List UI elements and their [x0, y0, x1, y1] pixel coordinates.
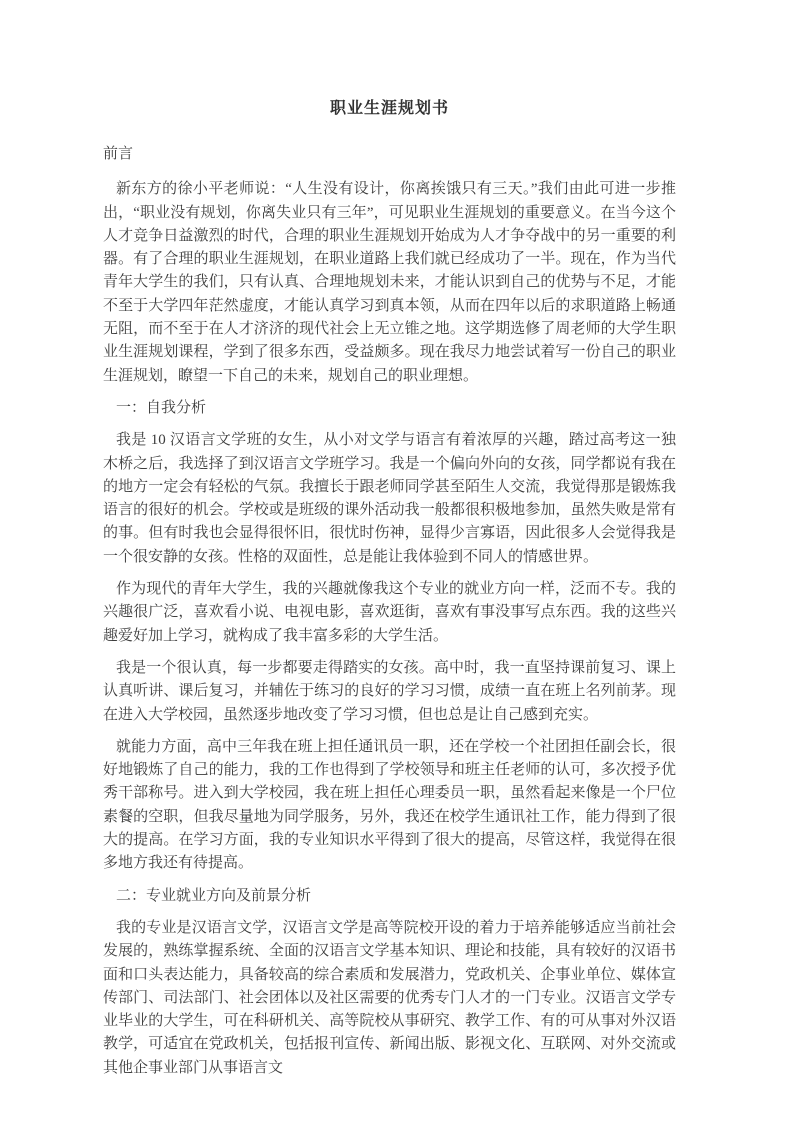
document-paragraph: 我是一个很认真，每一步都要走得踏实的女孩。高中时，我一直坚持课前复习、课上认真听…: [103, 657, 676, 727]
document-page: 职业生涯规划书 前言新东方的徐小平老师说：“人生没有设计，你离挨饿只有三天。”我…: [0, 0, 793, 1122]
document-paragraph: 作为现代的青年大学生，我的兴趣就像我这个专业的就业方向一样，泛而不专。我的兴趣很…: [103, 578, 676, 648]
document-paragraph: 新东方的徐小平老师说：“人生没有设计，你离挨饿只有三天。”我们由此可进一步推出，…: [103, 178, 676, 388]
preface-heading: 前言: [103, 143, 676, 166]
document-paragraph: 我是 10 汉语言文学班的女生，从小对文学与语言有着浓厚的兴趣，踏过高考这一独木…: [103, 429, 676, 569]
section-heading: 一：自我分析: [103, 397, 676, 420]
document-content: 职业生涯规划书 前言新东方的徐小平老师说：“人生没有设计，你离挨饿只有三天。”我…: [103, 97, 676, 1089]
document-paragraph: 就能力方面，高中三年我在班上担任通讯员一职，还在学校一个社团担任副会长，很好地锻…: [103, 736, 676, 876]
document-title: 职业生涯规划书: [103, 97, 676, 120]
document-paragraph: 我的专业是汉语言文学，汉语言文学是高等院校开设的着力于培养能够适应当前社会发展的…: [103, 917, 676, 1080]
document-body: 前言新东方的徐小平老师说：“人生没有设计，你离挨饿只有三天。”我们由此可进一步推…: [103, 143, 676, 1080]
section-heading: 二：专业就业方向及前景分析: [103, 885, 676, 908]
